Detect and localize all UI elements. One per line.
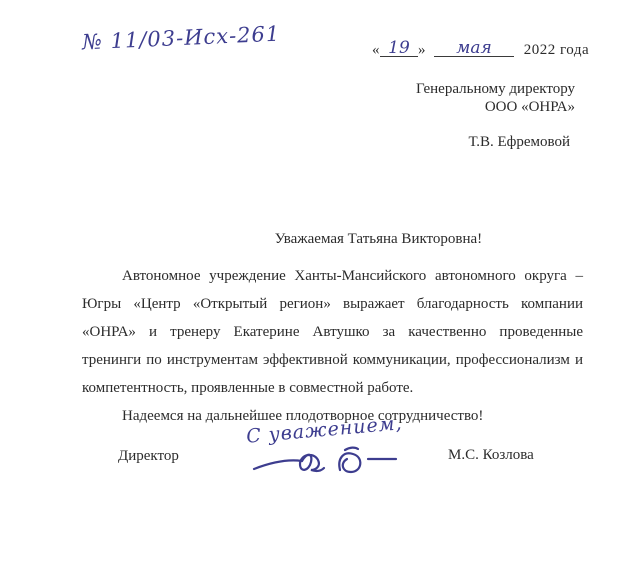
recipient-name: Т.В. Ефремовой	[416, 133, 575, 151]
ref-number-handwritten: № 11/03-Исх-261	[82, 22, 281, 55]
signatory-name: М.С. Козлова	[448, 447, 534, 464]
date-day-handwritten: 19	[380, 41, 418, 57]
signature-position-label: Директор	[118, 448, 179, 465]
body-line: тренинги по инструментам эффективной ком…	[82, 346, 583, 374]
addressee-company: ООО «ОНРА»	[416, 98, 575, 116]
addressee-block: Генеральному директору ООО «ОНРА» Т.В. Е…	[416, 80, 575, 151]
body-paragraph: Автономное учреждение Ханты-Мансийского …	[82, 262, 583, 430]
signature-scribble	[250, 442, 410, 488]
salutation: Уважаемая Татьяна Викторовна!	[82, 231, 618, 248]
letter-page: № 11/03-Исх-261 «19»мая 2022 года Генера…	[0, 0, 618, 587]
body-line: Югры «Центр «Открытый регион» выражает б…	[82, 290, 583, 318]
body-line: Автономное учреждение Ханты-Мансийского …	[82, 262, 583, 290]
date-close-quote: »	[418, 42, 426, 58]
addressee-title: Генеральному директору	[416, 80, 575, 98]
date-year: 2022 года	[524, 42, 589, 58]
date-open-quote: «	[372, 42, 380, 58]
date-month-handwritten: мая	[434, 41, 514, 57]
body-line: «ОНРА» и тренеру Екатерине Автушко за ка…	[82, 318, 583, 346]
body-line: компетентность, проявленные в совместной…	[82, 374, 583, 402]
date-line: «19»мая 2022 года	[372, 42, 589, 59]
